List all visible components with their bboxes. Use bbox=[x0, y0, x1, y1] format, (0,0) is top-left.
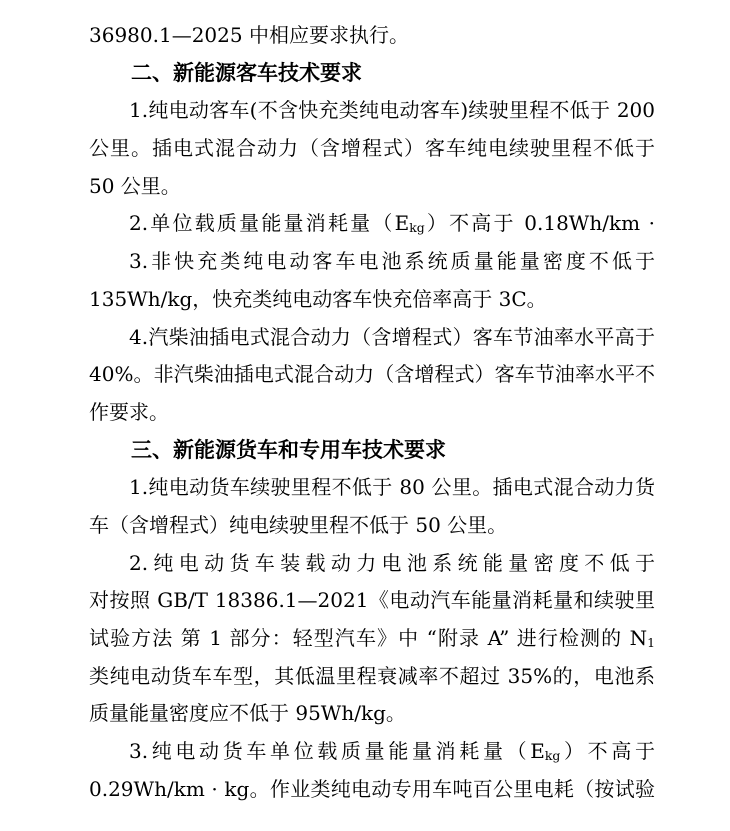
subscript-text: kg bbox=[545, 748, 560, 763]
subscript-text: kg bbox=[409, 221, 424, 236]
text-segment: 2.纯电动货车装载动力电池系统能量密度不低于 125Wh/kg。 bbox=[89, 551, 655, 583]
document-text-block: 36980.1—2025 中相应要求执行。二、新能源客车技术要求1.纯电动客车(… bbox=[89, 17, 655, 808]
text-segment: 作要求。 bbox=[89, 400, 169, 424]
text-segment: 2.单位载质量能量消耗量（E bbox=[129, 211, 409, 235]
text-line: 类纯电动货车车型，其低温里程衰减率不超过 35%的，电池系统 bbox=[89, 658, 655, 696]
text-line: 作要求。 bbox=[89, 394, 655, 432]
text-line: 3.非快充类纯电动客车电池系统质量能量密度不低于 bbox=[89, 243, 655, 281]
text-line: 135Wh/kg，快充类纯电动客车快充倍率高于 3C。 bbox=[89, 281, 655, 319]
text-line: 36980.1—2025 中相应要求执行。 bbox=[89, 17, 655, 55]
text-line: 试验方法 第 1 部分：轻型汽车》中 “附录 A” 进行检测的 N1 bbox=[89, 620, 655, 658]
text-line: 50 公里。 bbox=[89, 168, 655, 206]
text-line: 对按照 GB/T 18386.1—2021《电动汽车能量消耗量和续驶里程 bbox=[89, 582, 655, 620]
text-segment: 1.纯电动货车续驶里程不低于 80 公里。插电式混合动力货 bbox=[129, 475, 655, 499]
text-segment: 50 公里。 bbox=[89, 174, 181, 198]
text-segment: 三、新能源货车和专用车技术要求 bbox=[131, 438, 446, 462]
text-line: 4.汽柴油插电式混合动力（含增程式）客车节油率水平高于 bbox=[89, 319, 655, 357]
text-segment: 3.纯电动货车单位载质量能量消耗量（E bbox=[129, 739, 545, 763]
text-line: 0.29Wh/km · kg。作业类纯电动专用车吨百公里电耗（按试验质 bbox=[89, 771, 655, 809]
section-heading: 二、新能源客车技术要求 bbox=[89, 55, 655, 93]
text-segment: 试验方法 第 1 部分：轻型汽车》中 “附录 A” 进行检测的 N bbox=[89, 626, 647, 650]
section-heading: 三、新能源货车和专用车技术要求 bbox=[89, 432, 655, 470]
subscript-text: 1 bbox=[647, 635, 655, 650]
text-segment: 类纯电动货车车型，其低温里程衰减率不超过 35%的，电池系统 bbox=[89, 664, 655, 696]
text-segment: 公里。插电式混合动力（含增程式）客车纯电续驶里程不低于 bbox=[89, 136, 655, 160]
text-segment: 40%。非汽柴油插电式混合动力（含增程式）客车节油率水平不 bbox=[89, 362, 655, 386]
text-line: 车（含增程式）纯电续驶里程不低于 50 公里。 bbox=[89, 507, 655, 545]
text-segment: 3.非快充类纯电动客车电池系统质量能量密度不低于 bbox=[129, 249, 655, 273]
text-segment: 1.纯电动客车(不含快充类纯电动客车)续驶里程不低于 200 bbox=[129, 98, 655, 122]
text-segment: 0.29Wh/km · kg。作业类纯电动专用车吨百公里电耗（按试验质 bbox=[89, 777, 655, 809]
text-line: 质量能量密度应不低于 95Wh/kg。 bbox=[89, 695, 655, 733]
text-segment: 4.汽柴油插电式混合动力（含增程式）客车节油率水平高于 bbox=[129, 325, 655, 349]
text-line: 1.纯电动货车续驶里程不低于 80 公里。插电式混合动力货 bbox=[89, 469, 655, 507]
text-segment: 二、新能源客车技术要求 bbox=[131, 61, 362, 85]
text-line: 3.纯电动货车单位载质量能量消耗量（Ekg）不高于 bbox=[89, 733, 655, 771]
document-page: 36980.1—2025 中相应要求执行。二、新能源客车技术要求1.纯电动客车(… bbox=[0, 0, 730, 831]
text-segment: 质量能量密度应不低于 95Wh/kg。 bbox=[89, 701, 406, 725]
text-segment: 36980.1—2025 中相应要求执行。 bbox=[89, 23, 409, 47]
text-line: 1.纯电动客车(不含快充类纯电动客车)续驶里程不低于 200 bbox=[89, 92, 655, 130]
text-segment: 135Wh/kg，快充类纯电动客车快充倍率高于 3C。 bbox=[89, 287, 547, 311]
text-segment: 车（含增程式）纯电续驶里程不低于 50 公里。 bbox=[89, 513, 507, 537]
text-line: 2.单位载质量能量消耗量（Ekg）不高于 0.18Wh/km · kg。 bbox=[89, 205, 655, 243]
text-line: 2.纯电动货车装载动力电池系统能量密度不低于 125Wh/kg。 bbox=[89, 545, 655, 583]
text-segment: 对按照 GB/T 18386.1—2021《电动汽车能量消耗量和续驶里程 bbox=[89, 588, 655, 620]
text-segment: ）不高于 bbox=[560, 739, 655, 763]
text-line: 公里。插电式混合动力（含增程式）客车纯电续驶里程不低于 bbox=[89, 130, 655, 168]
text-line: 40%。非汽柴油插电式混合动力（含增程式）客车节油率水平不 bbox=[89, 356, 655, 394]
